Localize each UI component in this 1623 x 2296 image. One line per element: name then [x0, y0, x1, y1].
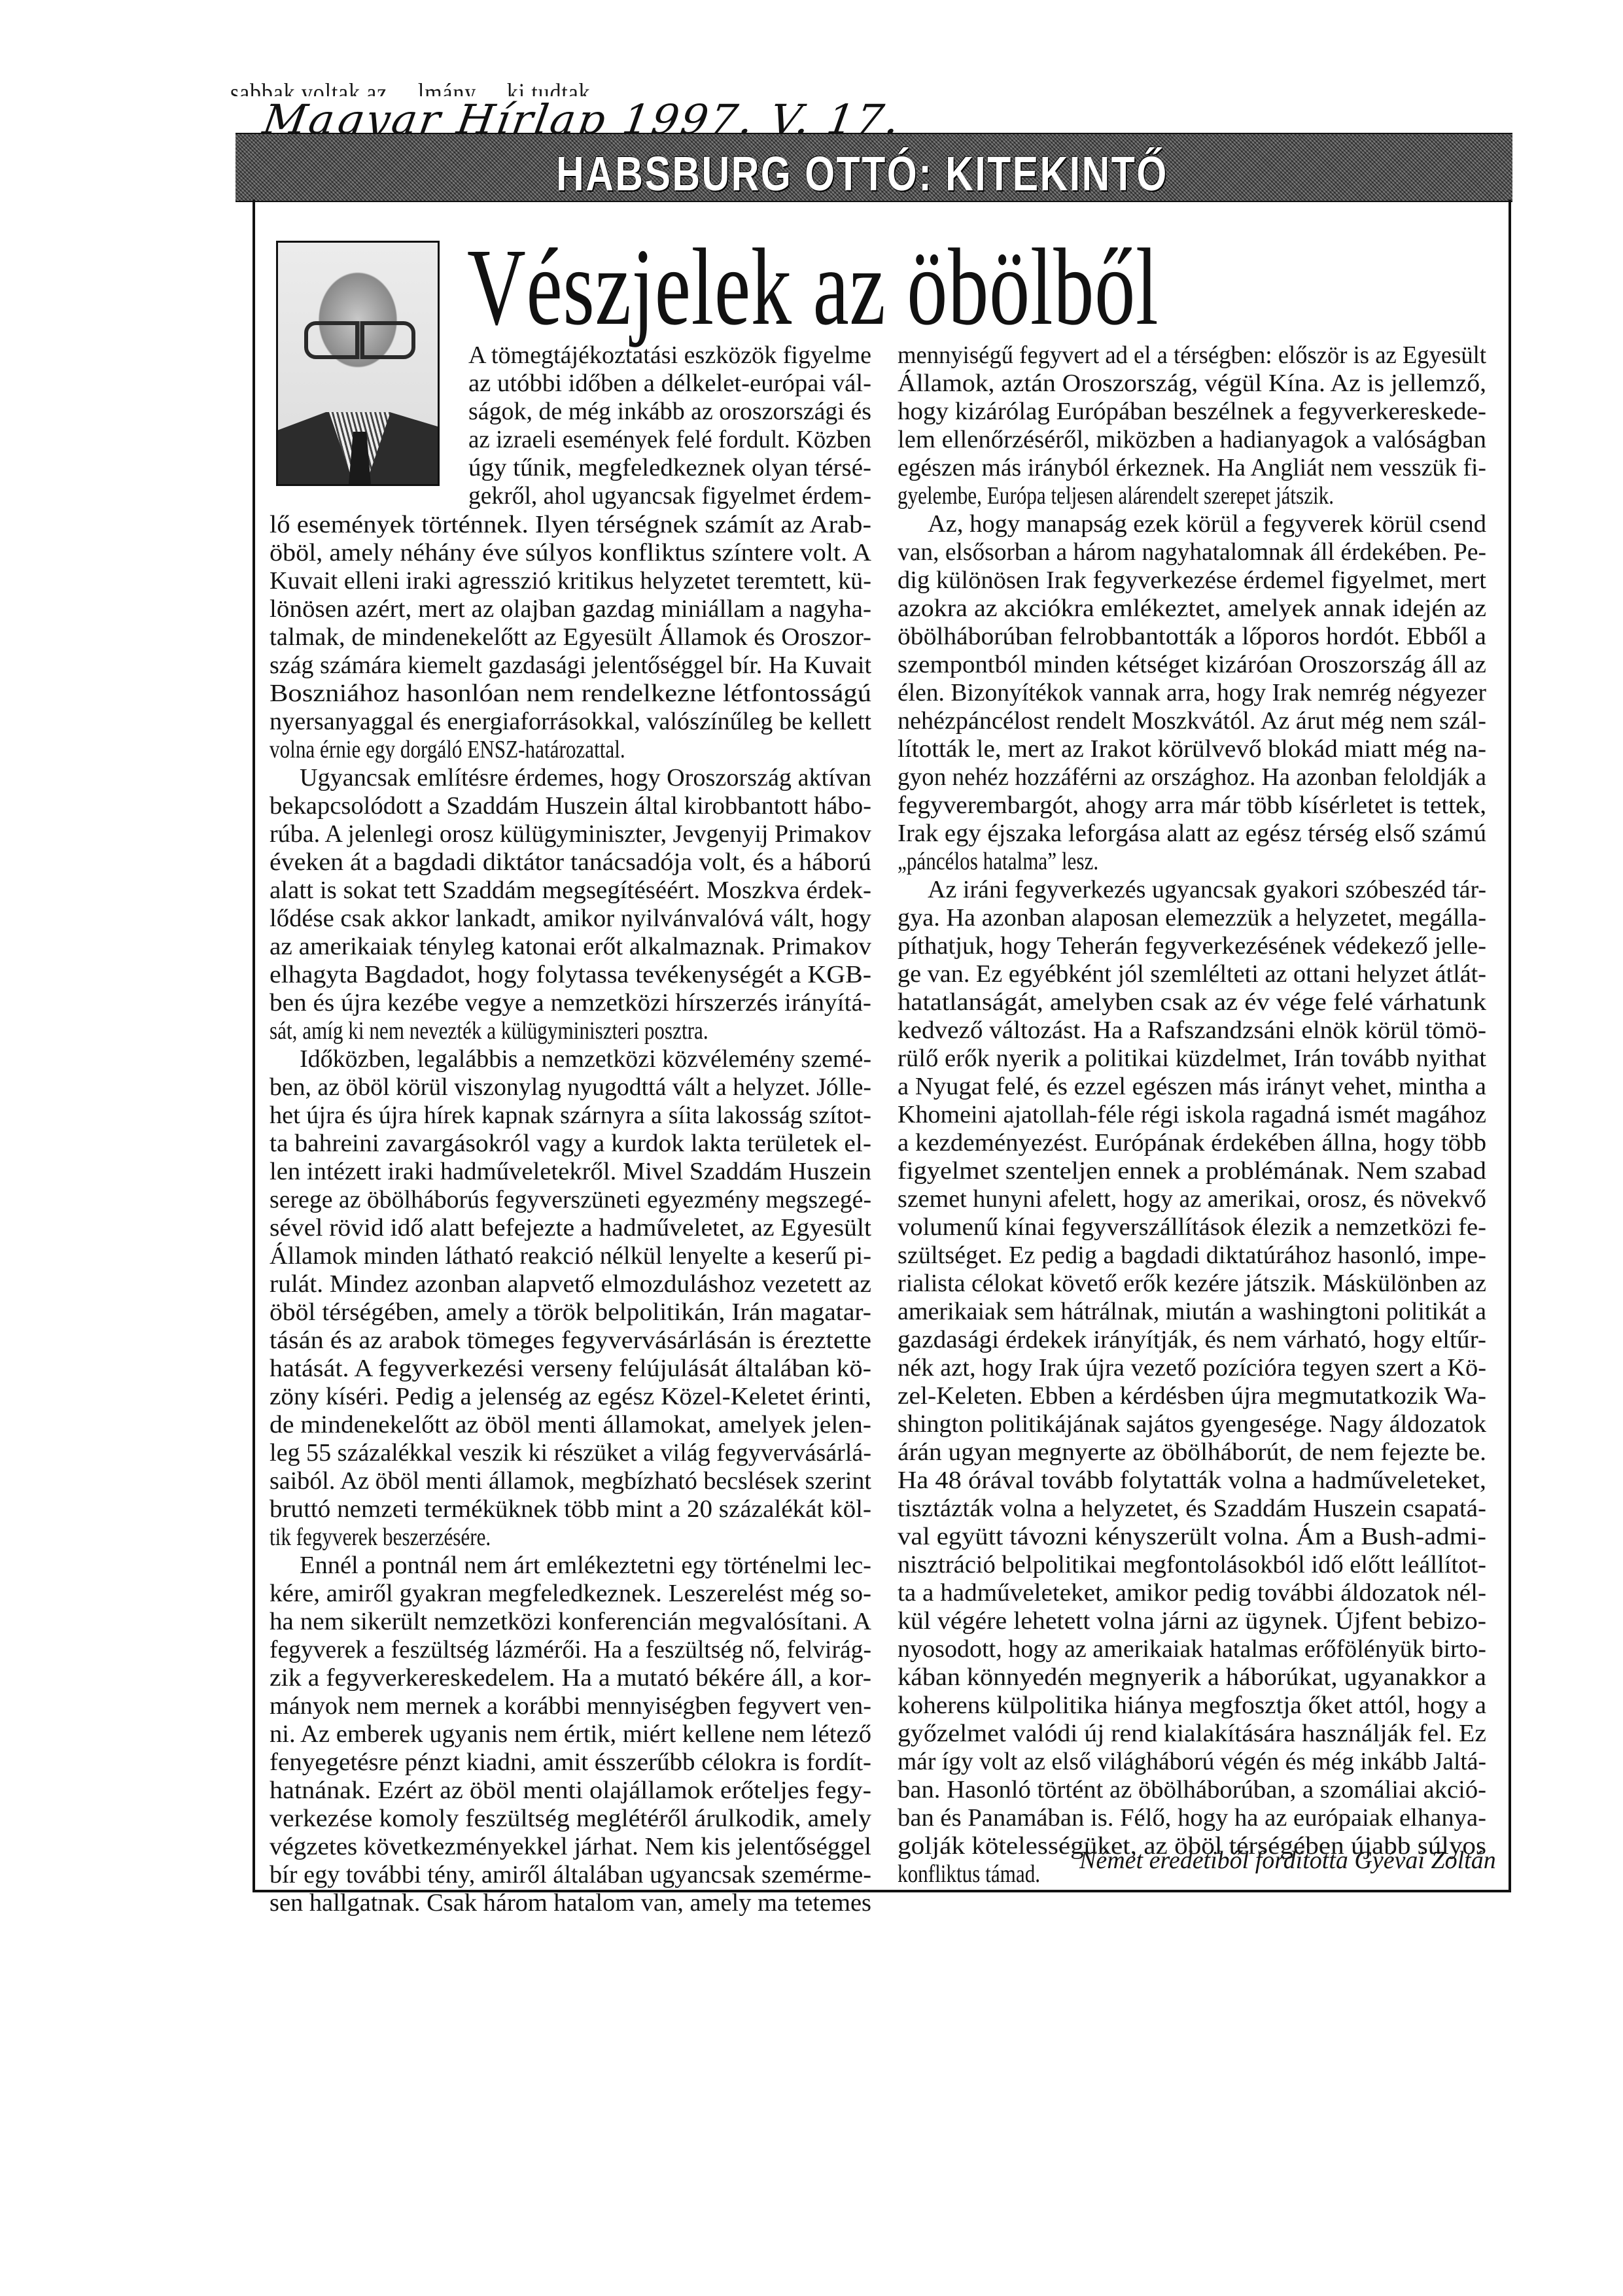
article-text-line: elhagyta Bagdadot, hogy folytassa tevéke…	[270, 961, 871, 989]
line-text: szemet hunyni afelett, hogy az amerikai,…	[898, 1185, 1486, 1213]
article-text-line: Államok, aztán Oroszország, végül Kína. …	[898, 370, 1486, 398]
article-text-line: a Nyugat felé, és ezzel egészen más irán…	[898, 1073, 1486, 1101]
line-text: koherens külpolitika hiánya megfosztja ő…	[898, 1692, 1486, 1720]
article-text-line: talmak, de mindenekelőtt az Egyesült Áll…	[270, 623, 871, 652]
article-text-line: lem ellenőrzéséről, miközben a hadianyag…	[898, 426, 1486, 454]
article-text-line: hatatlanságát, amelyben csak az év vége …	[898, 988, 1486, 1017]
article-text-line: Az, hogy manapság ezek körül a fegyverek…	[898, 510, 1486, 538]
line-text: Államok minden látható reakció nélkül le…	[270, 1242, 871, 1270]
line-text: az izraeli események felé fordult. Közbe…	[468, 426, 871, 454]
article-text-line: sen hallgatnak. Csak három hatalom van, …	[270, 1889, 871, 1917]
article-text-line: ben és újra kezébe vegye a nemzetközi hí…	[270, 989, 871, 1017]
article-text-line: győzelmet valódi új rend kialakítására h…	[898, 1720, 1486, 1748]
article-text-line: hogy kizárólag Európában beszélnek a feg…	[898, 398, 1486, 426]
article-text-line: hatását. A fegyverkezési verseny felújul…	[270, 1355, 871, 1383]
line-text: kedvező változást. Ha a Rafszandzsáni el…	[898, 1017, 1486, 1045]
article-text-line: azokra az akciókra emlékeztet, amelyek a…	[898, 595, 1486, 623]
article-text-line: gyelembe, Európa teljesen alárendelt sze…	[898, 482, 1486, 510]
line-text: árán ugyan megnyerte az öbölháborút, de …	[898, 1438, 1486, 1467]
article-text-line: nisztráció belpolitikai megfontolásokból…	[898, 1551, 1486, 1579]
line-text: het újra és újra hírek kapnak szárnyra a…	[270, 1102, 871, 1130]
line-text: az utóbbi időben a délkelet-európai vál-	[468, 370, 871, 398]
article-text-line: már így volt az első világháború végén é…	[898, 1748, 1486, 1776]
article-text-line: Boszniához hasonlóan nem rendelkezne lét…	[270, 680, 871, 708]
author-portrait-icon	[276, 241, 440, 486]
article-text-line: „páncélos hatalma” lesz.	[898, 848, 1486, 876]
article-text-line: shington politikájának sajátos gyengeség…	[898, 1410, 1486, 1438]
line-text: ban. Hasonló történt az öbölháborúban, a…	[898, 1776, 1486, 1804]
article-text-line: kedvező változást. Ha a Rafszandzsáni el…	[898, 1017, 1486, 1045]
article-text-line: gyon nehéz hozzáférni az országhoz. Ha a…	[898, 763, 1486, 791]
article-text-line: egészen más irányból érkeznek. Ha Angliá…	[898, 454, 1486, 482]
article-text-line: szempontból minden kétséget kizáróan Oro…	[898, 651, 1486, 679]
article-text-line: alatt is sokat tett Szaddám megsegítéséé…	[270, 877, 871, 905]
line-text: ta bahreini zavargásokról vagy a kurdok …	[270, 1130, 871, 1158]
line-text: verkezése komoly feszültség meglétéről á…	[270, 1805, 871, 1833]
article-text-line: az utóbbi időben a délkelet-európai vál-	[468, 370, 871, 398]
line-text: lították le, mert az Irakot körülvevő bl…	[898, 735, 1486, 763]
line-text: már így volt az első világháború végén é…	[898, 1748, 1486, 1776]
line-text: bír egy további tény, amiről általában u…	[270, 1861, 871, 1889]
article-text-line: Az iráni fegyverkezés ugyancsak gyakori …	[898, 876, 1486, 904]
article-text-line: sével rövid idő alatt befejezte a hadműv…	[270, 1214, 871, 1242]
line-text: a kezdeményezést. Európának érdekében ál…	[898, 1129, 1486, 1157]
article-text-line: kére, amiről gyakran megfeledkeznek. Les…	[270, 1580, 871, 1608]
article-text-line: bír egy további tény, amiről általában u…	[270, 1861, 871, 1889]
line-text: egészen más irányból érkeznek. Ha Angliá…	[898, 454, 1486, 482]
article-text-line: úgy tűnik, megfeledkeznek olyan térsé-	[468, 454, 871, 482]
article-text-line: öböl, amely néhány éve súlyos konfliktus…	[270, 539, 871, 567]
line-text: bekapcsolódott a Szaddám Huszein által k…	[270, 792, 871, 820]
line-text: Ugyancsak említésre érdemes, hogy Oroszo…	[300, 764, 871, 792]
article-text-line: éveken át a bagdadi diktátor tanácsadója…	[270, 848, 871, 877]
article-text-line: volna érnie egy dorgáló ENSZ-határozatta…	[270, 736, 871, 764]
line-text: Boszniához hasonlóan nem rendelkezne lét…	[270, 680, 871, 708]
line-text: saiból. Az öböl menti államok, megbízhat…	[270, 1467, 871, 1495]
line-text: volumenű kínai fegyverszállítások élezik…	[898, 1213, 1486, 1242]
line-text: lönösen azért, mert az olajban gazdag mi…	[270, 595, 871, 623]
line-text: ha nem sikerült nemzetközi konferencián …	[270, 1608, 871, 1636]
line-text: kül végére lehetett volna járni az ügyne…	[898, 1607, 1486, 1635]
line-text: volna érnie egy dorgáló ENSZ-határozatta…	[270, 736, 625, 764]
article-text-line: mennyiségű fegyvert ad el a térségben: e…	[898, 341, 1486, 370]
article-text-line: végzetes következményekkel járhat. Nem k…	[270, 1833, 871, 1861]
line-text: rülő erők nyerik a politikai küzdelmet, …	[898, 1045, 1486, 1073]
article-text-line: nehézpáncélost rendelt Moszkvától. Az ár…	[898, 707, 1486, 735]
line-text: Az iráni fegyverkezés ugyancsak gyakori …	[928, 876, 1486, 904]
line-text: gyelembe, Európa teljesen alárendelt sze…	[898, 482, 1334, 510]
article-text-line: ni. Az emberek ugyanis nem értik, miért …	[270, 1720, 871, 1748]
line-text: szempontból minden kétséget kizáróan Oro…	[898, 651, 1486, 679]
section-banner-title: HABSBURG OTTÓ: KITEKINTŐ	[556, 146, 1168, 201]
line-text: végzetes következményekkel járhat. Nem k…	[270, 1833, 871, 1861]
article-text-line: ságok, de még inkább az oroszországi és	[468, 398, 871, 426]
line-text: nisztráció belpolitikai megfontolásokból…	[898, 1551, 1486, 1579]
line-text: alatt is sokat tett Szaddám megsegítéséé…	[270, 877, 871, 905]
line-text: élen. Bizonyítékok vannak arra, hogy Ira…	[898, 679, 1486, 707]
article-text-line: kában könnyedén megnyerik a háborúkat, u…	[898, 1663, 1486, 1692]
line-text: fegyverek a feszültség lázmérői. Ha a fe…	[270, 1636, 871, 1664]
article-text-line: ban és Panamában is. Félő, hogy ha az eu…	[898, 1804, 1486, 1832]
article-text-line: öbölháborúban felrobbantották a lőporos …	[898, 623, 1486, 651]
article-text-line: lő események történnek. Ilyen térségnek …	[270, 511, 871, 539]
line-text: rúba. A jelenlegi orosz külügyminiszter,…	[270, 820, 871, 848]
article-text-line: saiból. Az öböl menti államok, megbízhat…	[270, 1467, 871, 1495]
article-text-line: leg 55 százalékkal veszik ki részüket a …	[270, 1439, 871, 1467]
line-text: azokra az akciókra emlékeztet, amelyek a…	[898, 595, 1486, 623]
article-text-line: ge van. Ez egyébként jól szemlélteti az …	[898, 960, 1486, 988]
article-text-line: hatnának. Ezért az öböl menti olajállamo…	[270, 1777, 871, 1805]
line-text: hogy kizárólag Európában beszélnek a feg…	[898, 398, 1486, 426]
line-text: Az, hogy manapság ezek körül a fegyverek…	[928, 510, 1486, 538]
article-text-line: serege az öbölháborús fegyverszüneti egy…	[270, 1186, 871, 1214]
article-headline: Vészjelek az öbölből	[467, 232, 1159, 342]
article-text-line: tik fegyverek beszerzésére.	[270, 1523, 871, 1552]
article-text-line: Ennél a pontnál nem árt emlékeztetni egy…	[270, 1552, 871, 1580]
line-text: ben, az öböl körül viszonylag nyugodttá …	[270, 1073, 871, 1102]
article-text-line: volumenű kínai fegyverszállítások élezik…	[898, 1213, 1486, 1242]
line-text: tásán és az arabok tömeges fegyvervásárl…	[270, 1327, 871, 1355]
line-text: mennyiségű fegyvert ad el a térségben: e…	[898, 341, 1486, 370]
line-text: zel-Keleten. Ebben a kérdésben újra megm…	[898, 1382, 1486, 1410]
line-text: len intézett iraki hadműveletekről. Mive…	[270, 1158, 871, 1186]
line-text: sát, amíg ki nem nevezték a külügyminisz…	[270, 1017, 708, 1045]
article-intro-column: A tömegtájékoztatási eszközök figyelmeaz…	[468, 341, 871, 510]
article-text-line: rülő erők nyerik a politikai küzdelmet, …	[898, 1045, 1486, 1073]
article-text-line: zöny kíséri. Pedig a jelenség az egész K…	[270, 1383, 871, 1411]
line-text: győzelmet valódi új rend kialakítására h…	[898, 1720, 1486, 1748]
line-text: gya. Ha azonban alaposan elemezzük a hel…	[898, 904, 1486, 932]
line-text: gekről, ahol ugyancsak figyelmet érdem-	[468, 482, 871, 510]
article-text-line: len intézett iraki hadműveletekről. Mive…	[270, 1158, 871, 1186]
article-text-line: zik a fegyverkereskedelem. Ha a mutató b…	[270, 1664, 871, 1692]
article-text-line: kül végére lehetett volna járni az ügyne…	[898, 1607, 1486, 1635]
line-text: lő események történnek. Ilyen térségnek …	[270, 511, 871, 539]
article-text-line: bekapcsolódott a Szaddám Huszein által k…	[270, 792, 871, 820]
line-text: kában könnyedén megnyerik a háborúkat, u…	[898, 1663, 1486, 1692]
line-text: éveken át a bagdadi diktátor tanácsadója…	[270, 848, 871, 877]
article-text-line: nyosodott, hogy az amerikaiak hatalmas e…	[898, 1635, 1486, 1663]
line-text: gazdasági érdekek irányítják, és nem vár…	[898, 1326, 1486, 1354]
article-text-line: mányok nem mernek a korábbi mennyiségben…	[270, 1692, 871, 1720]
line-text: mányok nem mernek a korábbi mennyiségben…	[270, 1692, 871, 1720]
article-text-line: lődése csak akkor lankadt, amikor nyilvá…	[270, 905, 871, 933]
line-text: szág számára kiemelt gazdasági jelentősé…	[270, 652, 871, 680]
article-text-line: Irak egy éjszaka leforgása alatt az egés…	[898, 820, 1486, 848]
line-text: tik fegyverek beszerzésére.	[270, 1523, 491, 1552]
article-text-line: de mindenekelőtt az öböl menti államokat…	[270, 1411, 871, 1439]
article-right-column: mennyiségű fegyvert ad el a térségben: e…	[898, 341, 1486, 1888]
line-text: az amerikaiak tényleg katonai erőt alkal…	[270, 933, 871, 961]
line-text: fegyverembargót, ahogy arra már több kís…	[898, 791, 1486, 820]
article-text-line: het újra és újra hírek kapnak szárnyra a…	[270, 1102, 871, 1130]
article-text-line: árán ugyan megnyerte az öbölháborút, de …	[898, 1438, 1486, 1467]
article-text-line: ta a hadműveleteket, amikor pedig tovább…	[898, 1579, 1486, 1607]
line-text: de mindenekelőtt az öböl menti államokat…	[270, 1411, 871, 1439]
line-text: gyon nehéz hozzáférni az országhoz. Ha a…	[898, 763, 1486, 791]
article-text-line: ta bahreini zavargásokról vagy a kurdok …	[270, 1130, 871, 1158]
line-text: kére, amiről gyakran megfeledkeznek. Les…	[270, 1580, 871, 1608]
article-text-line: ben, az öböl körül viszonylag nyugodttá …	[270, 1073, 871, 1102]
article-text-line: píthatjuk, hogy Teherán fegyverkezésének…	[898, 932, 1486, 960]
translator-credit: Német eredetiből fordította Gyévai Zoltá…	[1079, 1846, 1486, 1875]
article-text-line: verkezése komoly feszültség meglétéről á…	[270, 1805, 871, 1833]
article-text-line: gekről, ahol ugyancsak figyelmet érdem-	[468, 482, 871, 510]
line-text: sével rövid idő alatt befejezte a hadműv…	[270, 1214, 871, 1242]
article-text-line: lönösen azért, mert az olajban gazdag mi…	[270, 595, 871, 623]
article-text-line: tásán és az arabok tömeges fegyvervásárl…	[270, 1327, 871, 1355]
article-text-line: zel-Keleten. Ebben a kérdésben újra megm…	[898, 1382, 1486, 1410]
line-text: rulát. Mindez azonban alapvető elmozdulá…	[270, 1270, 871, 1298]
article-text-line: élen. Bizonyítékok vannak arra, hogy Ira…	[898, 679, 1486, 707]
line-text: hatását. A fegyverkezési verseny felújul…	[270, 1355, 871, 1383]
line-text: zöny kíséri. Pedig a jelenség az egész K…	[270, 1383, 871, 1411]
article-text-line: sát, amíg ki nem nevezték a külügyminisz…	[270, 1017, 871, 1045]
line-text: „páncélos hatalma” lesz.	[898, 848, 1098, 876]
line-text: Irak egy éjszaka leforgása alatt az egés…	[898, 820, 1486, 848]
line-text: Khomeini ajatollah-féle régi iskola raga…	[898, 1101, 1486, 1129]
article-text-line: szág számára kiemelt gazdasági jelentősé…	[270, 652, 871, 680]
article-text-line: az izraeli események felé fordult. Közbe…	[468, 426, 871, 454]
line-text: öböl térségében, amely a török belpoliti…	[270, 1298, 871, 1327]
article-text-line: Ha 48 órával tovább folytatták volna a h…	[898, 1467, 1486, 1495]
article-text-line: a kezdeményezést. Európának érdekében ál…	[898, 1129, 1486, 1157]
article-text-line: bruttó nemzeti termékük­nek több mint a …	[270, 1495, 871, 1523]
line-text: Időközben, legalábbis a nemzetközi közvé…	[300, 1045, 871, 1073]
line-text: Ha 48 órával tovább folytatták volna a h…	[898, 1467, 1486, 1495]
line-text: úgy tűnik, megfeledkeznek olyan térsé-	[468, 454, 871, 482]
line-text: sen hallgatnak. Csak három hatalom van, …	[270, 1889, 871, 1917]
line-text: nehézpáncélost rendelt Moszkvától. Az ár…	[898, 707, 1486, 735]
line-text: figyelmet szenteljen ennek a problémának…	[898, 1157, 1486, 1185]
article-text-line: nyersanyaggal és energiaforrásokkal, val…	[270, 708, 871, 736]
article-text-line: rulát. Mindez azonban alapvető elmozdulá…	[270, 1270, 871, 1298]
line-text: Államok, aztán Oroszország, végül Kína. …	[898, 370, 1486, 398]
article-text-line: Államok minden látható reakció nélkül le…	[270, 1242, 871, 1270]
line-text: serege az öbölháborús fegyverszüneti egy…	[270, 1186, 871, 1214]
line-text: rialista célokat követő erők kezére játs…	[898, 1270, 1486, 1298]
line-text: ságok, de még inkább az oroszországi és	[468, 398, 871, 426]
line-text: leg 55 százalékkal veszik ki részüket a …	[270, 1439, 871, 1467]
article-text-line: figyelmet szenteljen ennek a problémának…	[898, 1157, 1486, 1185]
line-text: amerikaiak sem hátrálnak, miután a washi…	[898, 1298, 1486, 1326]
article-text-line: van, elsősorban a három nagyhatalomnak á…	[898, 538, 1486, 566]
line-text: tisztázták volna a helyzetet, és Szaddám…	[898, 1495, 1486, 1523]
article-text-line: fegyverembargót, ahogy arra már több kís…	[898, 791, 1486, 820]
line-text: nyosodott, hogy az amerikaiak hatalmas e…	[898, 1635, 1486, 1663]
article-text-line: rialista célokat követő erők kezére játs…	[898, 1270, 1486, 1298]
line-text: píthatjuk, hogy Teherán fegyverkezésének…	[898, 932, 1486, 960]
line-text: lődése csak akkor lankadt, amikor nyilvá…	[270, 905, 871, 933]
article-text-line: ban. Hasonló történt az öbölháborúban, a…	[898, 1776, 1486, 1804]
line-text: lem ellenőrzéséről, miközben a hadianyag…	[898, 426, 1486, 454]
article-text-line: A tömegtájékoztatási eszközök figyelme	[468, 341, 871, 370]
article-text-line: szültséget. Ez pedig a bagdadi diktatúrá…	[898, 1242, 1486, 1270]
line-text: A tömegtájékoztatási eszközök figyelme	[468, 341, 871, 370]
line-text: talmak, de mindenekelőtt az Egyesült Áll…	[270, 623, 871, 652]
article-text-line: gazdasági érdekek irányítják, és nem vár…	[898, 1326, 1486, 1354]
article-left-column: lő események történnek. Ilyen térségnek …	[270, 511, 871, 1917]
line-text: Ennél a pontnál nem árt emlékeztetni egy…	[300, 1552, 871, 1580]
line-text: a Nyugat felé, és ezzel egészen más irán…	[898, 1073, 1486, 1101]
article-text-line: lították le, mert az Irakot körülvevő bl…	[898, 735, 1486, 763]
line-text: ta a hadműveleteket, amikor pedig tovább…	[898, 1579, 1486, 1607]
line-text: nyersanyaggal és energiaforrásokkal, val…	[270, 708, 871, 736]
line-text: val együtt távozni kényszerült volna. Ám…	[898, 1523, 1486, 1551]
line-text: ban és Panamában is. Félő, hogy ha az eu…	[898, 1804, 1486, 1832]
article-text-line: koherens külpolitika hiánya megfosztja ő…	[898, 1692, 1486, 1720]
line-text: elhagyta Bagdadot, hogy folytassa tevéke…	[270, 961, 871, 989]
article-text-line: gya. Ha azonban alaposan elemezzük a hel…	[898, 904, 1486, 932]
article-text-line: rúba. A jelenlegi orosz külügyminiszter,…	[270, 820, 871, 848]
article-text-line: öböl térségében, amely a török belpoliti…	[270, 1298, 871, 1327]
line-text: shington politikájának sajátos gyengeség…	[898, 1410, 1486, 1438]
article-text-line: dig különösen Irak fegyverkezése érdemel…	[898, 566, 1486, 595]
line-text: szültséget. Ez pedig a bagdadi diktatúrá…	[898, 1242, 1486, 1270]
article-text-line: tisztázták volna a helyzetet, és Szaddám…	[898, 1495, 1486, 1523]
article-text-line: val együtt távozni kényszerült volna. Ám…	[898, 1523, 1486, 1551]
line-text: ben és újra kezébe vegye a nemzetközi hí…	[270, 989, 871, 1017]
line-text: fenyegetésre pénzt kiadni, amit ésszerűb…	[270, 1748, 871, 1777]
line-text: hatatlanságát, amelyben csak az év vége …	[898, 988, 1486, 1017]
line-text: dig különösen Irak fegyverkezése érdemel…	[898, 566, 1486, 595]
portrait-glasses	[304, 321, 415, 359]
article-text-line: fegyverek a feszültség lázmérői. Ha a fe…	[270, 1636, 871, 1664]
line-text: öböl, amely néhány éve súlyos konfliktus…	[270, 539, 871, 567]
article-text-line: az amerikaiak tényleg katonai erőt alkal…	[270, 933, 871, 961]
line-text: ni. Az emberek ugyanis nem értik, miért …	[270, 1720, 871, 1748]
article-text-line: Ugyancsak említésre érdemes, hogy Oroszo…	[270, 764, 871, 792]
line-text: zik a fegyverkereskedelem. Ha a mutató b…	[270, 1664, 871, 1692]
article-text-line: Khomeini ajatollah-féle régi iskola raga…	[898, 1101, 1486, 1129]
line-text: nék azt, hogy Irak újra vezető pozícióra…	[898, 1354, 1486, 1382]
line-text: Kuvait elleni iraki agresszió kritikus h…	[270, 567, 871, 595]
line-text: öbölháborúban felrobbantották a lőporos …	[898, 623, 1486, 651]
line-text: hatnának. Ezért az öböl menti olajállamo…	[270, 1777, 871, 1805]
article-text-line: nék azt, hogy Irak újra vezető pozícióra…	[898, 1354, 1486, 1382]
article-text-line: amerikaiak sem hátrálnak, miután a washi…	[898, 1298, 1486, 1326]
article-text-line: Időközben, legalábbis a nemzetközi közvé…	[270, 1045, 871, 1073]
line-text: van, elsősorban a három nagyhatalomnak á…	[898, 538, 1486, 566]
line-text: bruttó nemzeti termékük­nek több mint a …	[270, 1495, 871, 1523]
article-text-line: ha nem sikerült nemzetközi konferencián …	[270, 1608, 871, 1636]
line-text: konfliktus támad.	[898, 1860, 1040, 1888]
article-text-line: fenyegetésre pénzt kiadni, amit ésszerűb…	[270, 1748, 871, 1777]
line-text: ge van. Ez egyébként jól szemlélteti az …	[898, 960, 1486, 988]
article-text-line: Kuvait elleni iraki agresszió kritikus h…	[270, 567, 871, 595]
article-text-line: szemet hunyni afelett, hogy az amerikai,…	[898, 1185, 1486, 1213]
